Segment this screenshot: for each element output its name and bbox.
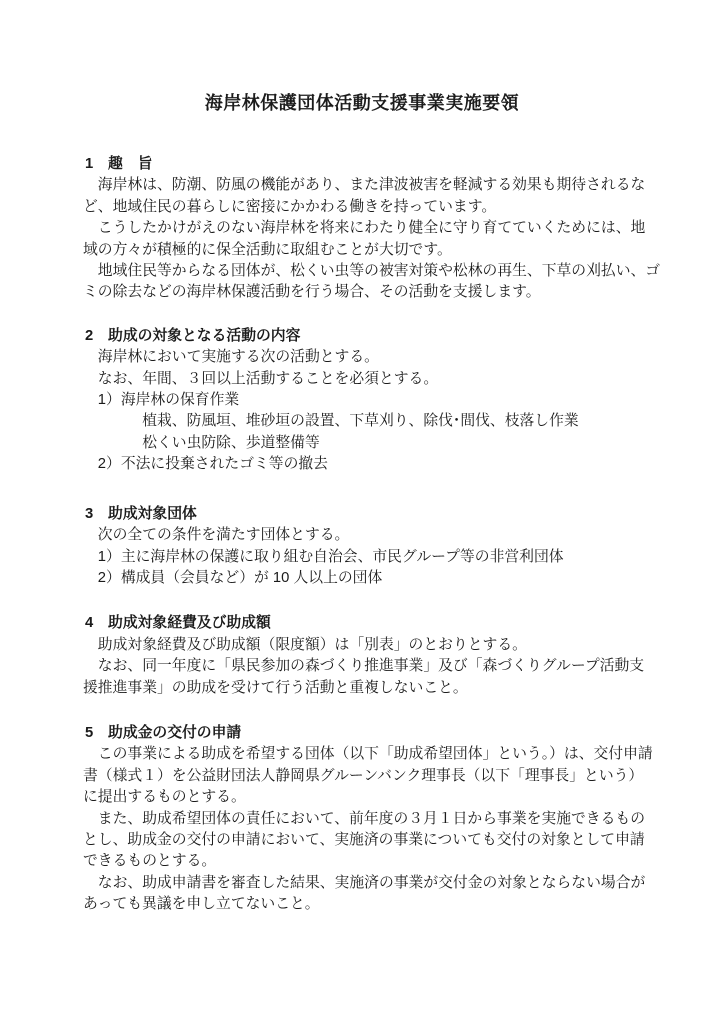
text-line: 1）海岸林の保育作業 [83,390,688,411]
text-line: とし、助成金の交付の申請において、実施済の事業についても交付の対象として申請 [83,830,688,851]
text-line: なお、助成申請書を審査した結果、実施済の事業が交付金の対象とならない場合が [83,873,688,894]
text-line: 植栽、防風垣、堆砂垣の設置、下草刈り、除伐･間伐、枝落し作業 [83,411,688,432]
section-eligible-activities: 2 助成の対象となる活動の内容 海岸林において実施する次の活動とする。 なお、年… [83,326,688,476]
text-line: なお、年間、３回以上活動することを必須とする。 [83,369,688,390]
section-subsidy-amount: 4 助成対象経費及び助成額 助成対象経費及び助成額（限度額）は「別表」のとおりと… [83,613,688,699]
section-heading: 1 趣 旨 [85,154,688,175]
text-line: こうしたかけがえのない海岸林を将来にわたり健全に守り育てていくためには、地 [83,218,688,239]
text-line: また、助成希望団体の責任において、前年度の３月１日から事業を実施できるもの [83,809,688,830]
section-eligible-organizations: 3 助成対象団体 次の全ての条件を満たす団体とする。 1）主に海岸林の保護に取り… [83,504,688,590]
section-heading: 3 助成対象団体 [85,504,688,525]
text-line: 海岸林は、防潮、防風の機能があり、また津波被害を軽減する効果も期待されるな [83,175,688,196]
text-line: なお、同一年度に「県民参加の森づくり推進事業」及び「森づくりグループ活動支 [83,656,688,677]
text-line: 助成対象経費及び助成額（限度額）は「別表」のとおりとする。 [83,635,688,656]
text-line: 書（様式１）を公益財団法人静岡県グルーンバンク理事長（以下「理事長」という） [83,766,688,787]
document-body: 1 趣 旨 海岸林は、防潮、防風の機能があり、また津波被害を軽減する効果も期待さ… [0,154,724,916]
text-line: 松くい虫防除、歩道整備等 [83,433,688,454]
text-line: 域の方々が積極的に保全活動に取組むことが大切です。 [83,240,688,261]
text-line: 1）主に海岸林の保護に取り組む自治会、市民グループ等の非営利団体 [83,547,688,568]
text-line: ミの除去などの海岸林保護活動を行う場合、その活動を支援します。 [83,282,688,303]
text-line: 2）不法に投棄されたゴミ等の撤去 [83,454,688,475]
text-line: できるものとする。 [83,851,688,872]
section-purpose: 1 趣 旨 海岸林は、防潮、防風の機能があり、また津波被害を軽減する効果も期待さ… [83,154,688,304]
section-heading: 4 助成対象経費及び助成額 [85,613,688,634]
section-heading: 2 助成の対象となる活動の内容 [85,326,688,347]
text-line: に提出するものとする。 [83,787,688,808]
text-line: この事業による助成を希望する団体（以下「助成希望団体」という。）は、交付申請 [83,744,688,765]
text-line: 次の全ての条件を満たす団体とする。 [83,525,688,546]
text-line: あっても異議を申し立てないこと。 [83,894,688,915]
section-heading: 5 助成金の交付の申請 [85,723,688,744]
page-title: 海岸林保護団体活動支援事業実施要領 [0,0,724,114]
document-page: 海岸林保護団体活動支援事業実施要領 1 趣 旨 海岸林は、防潮、防風の機能があり… [0,0,724,1024]
text-line: 海岸林において実施する次の活動とする。 [83,347,688,368]
text-line: 援推進事業」の助成を受けて行う活動と重複しないこと。 [83,678,688,699]
text-line: ど、地域住民の暮らしに密接にかかわる働きを持っています。 [83,197,688,218]
text-line: 2）構成員（会員など）が 10 人以上の団体 [83,568,688,589]
section-application: 5 助成金の交付の申請 この事業による助成を希望する団体（以下「助成希望団体」と… [83,723,688,916]
text-line: 地域住民等からなる団体が、松くい虫等の被害対策や松林の再生、下草の刈払い、ゴ [83,261,688,282]
